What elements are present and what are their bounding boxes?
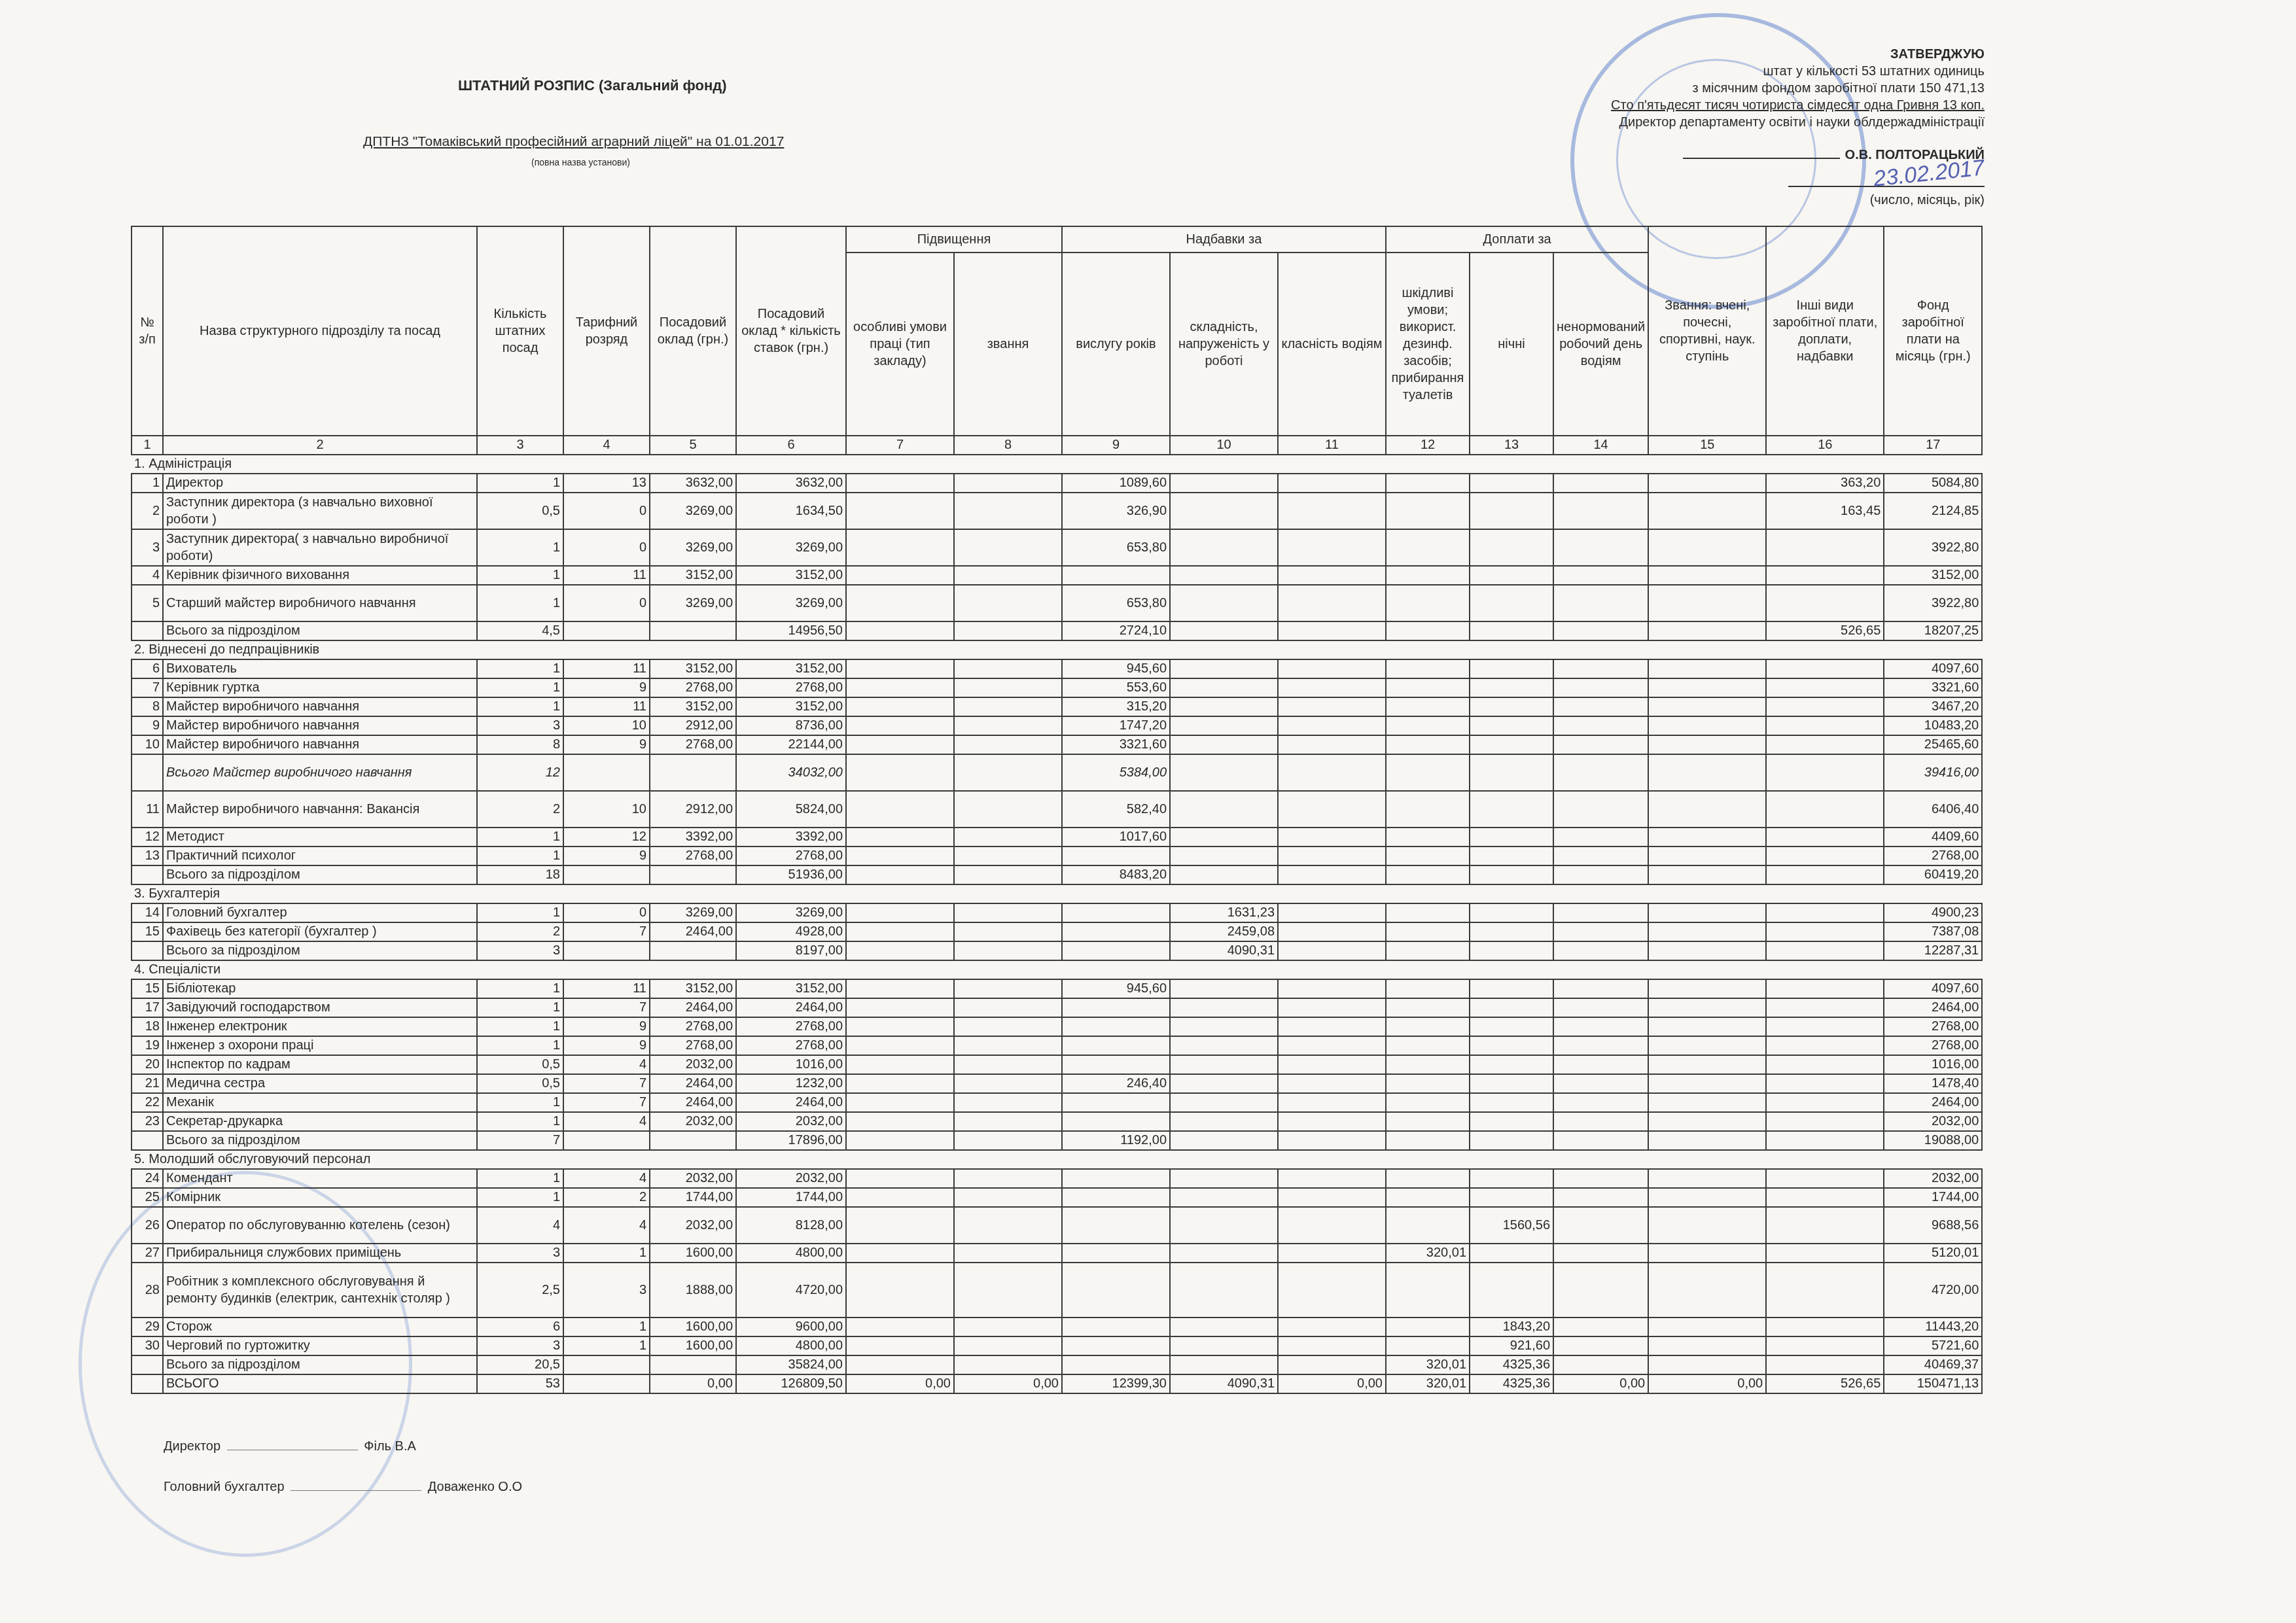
staff-count: 1 [477,1169,563,1188]
approval-date-caption: (число, місяць, рік) [1487,192,1985,209]
amount-c7 [846,529,954,566]
tariff-grade: 7 [563,1093,650,1112]
amount-c17: 2032,00 [1884,1112,1982,1131]
amount-c7 [846,828,954,846]
table-row: 9Майстер виробничого навчання3102912,008… [132,716,1982,735]
amount-c12 [1386,828,1470,846]
tariff-grade: 9 [563,1036,650,1055]
table-row: 19Інженер з охорони праці192768,002768,0… [132,1036,1982,1055]
amount-c11 [1278,621,1386,640]
amount-c12 [1386,1074,1470,1093]
row-number: 4 [132,566,163,585]
subtotal-row: Всього Майстер виробничого навчання12340… [132,754,1982,791]
amount-c9 [1062,1017,1170,1036]
amount-c8 [954,979,1062,998]
position-name: Секретар-друкарка [163,1112,477,1131]
table-row: 24Комендант142032,002032,002032,00 [132,1169,1982,1188]
tariff-grade: 7 [563,998,650,1017]
amount-c12 [1386,865,1470,884]
amount-c9: 1747,20 [1062,716,1170,735]
staff-count: 1 [477,585,563,621]
amount-c8 [954,1263,1062,1318]
approval-staff-count: штат у кількості 53 штатних одиниць [1487,63,1985,80]
column-number: 16 [1766,436,1884,455]
institution-name: ДПТНЗ "Томаківський професійний аграрний… [363,134,784,150]
amount-c7 [846,735,954,754]
amount-c14 [1553,474,1648,493]
salary-total: 5824,00 [736,791,846,828]
salary-total: 51936,00 [736,865,846,884]
amount-c16 [1766,791,1884,828]
staff-count: 1 [477,566,563,585]
salary-total: 2768,00 [736,678,846,697]
amount-c15 [1648,529,1766,566]
section-header-row: 2. Віднесені до педпрацівників [132,640,1982,659]
amount-c10 [1170,1263,1278,1318]
tariff-grade [563,865,650,884]
director-name: Філь В.А [364,1439,416,1454]
amount-c17: 40469,37 [1884,1355,1982,1374]
amount-c10 [1170,1207,1278,1244]
amount-c10: 4090,31 [1170,941,1278,960]
section-label: 2. Віднесені до педпрацівників [132,640,1982,659]
amount-c9: 315,20 [1062,697,1170,716]
amount-c14 [1553,1017,1648,1036]
amount-c17: 4900,23 [1884,903,1982,922]
amount-c9 [1062,922,1170,941]
amount-c16 [1766,1074,1884,1093]
amount-c13 [1470,903,1553,922]
salary: 1600,00 [650,1336,736,1355]
amount-c13 [1470,1093,1553,1112]
table-row: 28Робітник з комплексного обслуговування… [132,1263,1982,1318]
amount-c11 [1278,697,1386,716]
amount-c14 [1553,922,1648,941]
tariff-grade: 9 [563,846,650,865]
position-name: Методист [163,828,477,846]
salary: 3152,00 [650,979,736,998]
header-staff-count: Кількість штатних посад [477,226,563,436]
amount-c14 [1553,865,1648,884]
amount-c17: 9688,56 [1884,1207,1982,1244]
amount-c13: 921,60 [1470,1336,1553,1355]
amount-c13 [1470,566,1553,585]
position-name: Всього за підрозділом [163,941,477,960]
position-name: Прибиральниця службових приміщень [163,1244,477,1263]
amount-c16 [1766,1169,1884,1188]
staff-count: 1 [477,1036,563,1055]
amount-c15 [1648,493,1766,529]
amount-c7 [846,791,954,828]
amount-c14 [1553,1074,1648,1093]
amount-c17: 39416,00 [1884,754,1982,791]
staff-count: 1 [477,1112,563,1131]
section-label: 4. Спеціалісти [132,960,1982,979]
amount-c16 [1766,1318,1884,1336]
header-other-payments: Інші види заробітної плати, доплати, над… [1766,226,1884,436]
amount-c13 [1470,754,1553,791]
row-number: 7 [132,678,163,697]
row-number: 29 [132,1318,163,1336]
amount-c12 [1386,735,1470,754]
staff-count: 0,5 [477,1055,563,1074]
amount-c13 [1470,1188,1553,1207]
amount-c13 [1470,1131,1553,1150]
position-name: Інженер електроник [163,1017,477,1036]
row-number: 20 [132,1055,163,1074]
amount-c15 [1648,678,1766,697]
table-row: 17Завідуючий господарством172464,002464,… [132,998,1982,1017]
amount-c10 [1170,1169,1278,1188]
amount-c15 [1648,716,1766,735]
row-number: 10 [132,735,163,754]
amount-c12 [1386,979,1470,998]
staff-count: 2 [477,791,563,828]
tariff-grade: 9 [563,678,650,697]
amount-c11: 0,00 [1278,1374,1386,1393]
approval-date-handwritten: 23.02.2017 [1873,159,1985,188]
amount-c8 [954,1017,1062,1036]
amount-c10 [1170,1093,1278,1112]
column-number: 13 [1470,436,1553,455]
amount-c15 [1648,1093,1766,1112]
amount-c7 [846,1244,954,1263]
amount-c8 [954,659,1062,678]
row-number: 15 [132,922,163,941]
amount-c15 [1648,1207,1766,1244]
staff-count: 2 [477,922,563,941]
salary-total: 4928,00 [736,922,846,941]
salary: 3632,00 [650,474,736,493]
position-name: Майстер виробничого навчання [163,697,477,716]
salary-total: 3392,00 [736,828,846,846]
subtotal-row: Всього за підрозділом717896,001192,00190… [132,1131,1982,1150]
institution-caption: (повна назва установи) [531,157,630,167]
amount-c9 [1062,903,1170,922]
amount-c16 [1766,1263,1884,1318]
position-name: Механік [163,1093,477,1112]
position-name: Головний бухгалтер [163,903,477,922]
amount-c14 [1553,791,1648,828]
amount-c17: 4409,60 [1884,828,1982,846]
salary-total: 4800,00 [736,1244,846,1263]
salary: 3269,00 [650,585,736,621]
amount-c15 [1648,865,1766,884]
amount-c16 [1766,941,1884,960]
staff-count: 3 [477,941,563,960]
salary-total: 2464,00 [736,1093,846,1112]
amount-c12 [1386,1336,1470,1355]
position-name: Комендант [163,1169,477,1188]
amount-c11 [1278,846,1386,865]
tariff-grade: 9 [563,735,650,754]
amount-c12 [1386,1188,1470,1207]
amount-c14 [1553,697,1648,716]
table-row: 13Практичний психолог192768,002768,00276… [132,846,1982,865]
amount-c16 [1766,979,1884,998]
salary-total: 2464,00 [736,998,846,1017]
table-row: 15Бібліотекар1113152,003152,00945,604097… [132,979,1982,998]
amount-c12 [1386,1017,1470,1036]
amount-c11 [1278,1244,1386,1263]
amount-c16 [1766,585,1884,621]
amount-c7 [846,474,954,493]
tariff-grade: 0 [563,585,650,621]
amount-c11 [1278,1263,1386,1318]
amount-c9: 653,80 [1062,529,1170,566]
position-name: Медична сестра [163,1074,477,1093]
amount-c13 [1470,716,1553,735]
approval-heading: ЗАТВЕРДЖУЮ [1487,46,1985,63]
amount-c12 [1386,621,1470,640]
salary [650,1355,736,1374]
amount-c11 [1278,791,1386,828]
staff-count: 1 [477,529,563,566]
salary: 2032,00 [650,1112,736,1131]
position-name: Черговий по гуртожитку [163,1336,477,1355]
amount-c13 [1470,846,1553,865]
amount-c13 [1470,941,1553,960]
row-number: 13 [132,846,163,865]
amount-c14 [1553,659,1648,678]
amount-c11 [1278,754,1386,791]
section-label: 3. Бухгалтерія [132,884,1982,903]
accountant-signature [291,1490,421,1491]
amount-c9: 2724,10 [1062,621,1170,640]
amount-c13 [1470,1074,1553,1093]
amount-c12 [1386,678,1470,697]
amount-c8 [954,529,1062,566]
row-number: 1 [132,474,163,493]
amount-c15 [1648,585,1766,621]
tariff-grade: 0 [563,493,650,529]
amount-c11 [1278,716,1386,735]
amount-c9 [1062,941,1170,960]
amount-c15 [1648,828,1766,846]
amount-c16 [1766,697,1884,716]
amount-c8 [954,1318,1062,1336]
row-number [132,1374,163,1393]
amount-c11 [1278,1336,1386,1355]
column-number: 11 [1278,436,1386,455]
amount-c7 [846,1188,954,1207]
salary-total: 1016,00 [736,1055,846,1074]
amount-c16 [1766,1131,1884,1150]
row-number: 26 [132,1207,163,1244]
section-header-row: 3. Бухгалтерія [132,884,1982,903]
tariff-grade [563,1131,650,1150]
amount-c9 [1062,1112,1170,1131]
amount-c10 [1170,529,1278,566]
column-number: 12 [1386,436,1470,455]
amount-c9 [1062,1244,1170,1263]
column-number: 9 [1062,436,1170,455]
amount-c16 [1766,566,1884,585]
row-number: 18 [132,1017,163,1036]
amount-c15 [1648,846,1766,865]
amount-c9: 12399,30 [1062,1374,1170,1393]
staff-count: 1 [477,998,563,1017]
column-number: 10 [1170,436,1278,455]
amount-c13 [1470,922,1553,941]
amount-c13: 1843,20 [1470,1318,1553,1336]
amount-c13 [1470,585,1553,621]
amount-c11 [1278,1112,1386,1131]
amount-c12 [1386,922,1470,941]
amount-c16: 526,65 [1766,621,1884,640]
salary-total: 1232,00 [736,1074,846,1093]
amount-c14 [1553,1093,1648,1112]
amount-c7 [846,754,954,791]
amount-c10 [1170,678,1278,697]
amount-c14 [1553,941,1648,960]
approval-block: ЗАТВЕРДЖУЮ штат у кількості 53 штатних о… [1487,46,1985,209]
amount-c10 [1170,998,1278,1017]
staff-count: 7 [477,1131,563,1150]
header-group-surcharges: Доплати за [1386,226,1648,253]
amount-c13 [1470,1036,1553,1055]
amount-c17: 11443,20 [1884,1318,1982,1336]
column-number: 2 [163,436,477,455]
staff-count: 1 [477,1017,563,1036]
salary-total: 3152,00 [736,659,846,678]
salary-total: 4800,00 [736,1336,846,1355]
subtotal-row: Всього за підрозділом38197,004090,311228… [132,941,1982,960]
amount-c12 [1386,1131,1470,1150]
salary: 2032,00 [650,1169,736,1188]
amount-c11 [1278,903,1386,922]
salary-total: 3269,00 [736,585,846,621]
row-number: 6 [132,659,163,678]
director-signature-block: Директор Філь В.А [164,1439,416,1454]
amount-c17: 2768,00 [1884,1036,1982,1055]
table-row: 21Медична сестра0,572464,001232,00246,40… [132,1074,1982,1093]
amount-c13 [1470,1055,1553,1074]
amount-c15 [1648,1017,1766,1036]
amount-c12: 320,01 [1386,1374,1470,1393]
amount-c9 [1062,566,1170,585]
amount-c16 [1766,828,1884,846]
table-row: 3Заступник директора( з навчально виробн… [132,529,1982,566]
amount-c14 [1553,1207,1648,1244]
amount-c14 [1553,1244,1648,1263]
salary-total: 1634,50 [736,493,846,529]
director-label: Директор [164,1439,221,1454]
amount-c9: 1192,00 [1062,1131,1170,1150]
staff-count: 12 [477,754,563,791]
salary-total: 2032,00 [736,1169,846,1188]
amount-c12 [1386,1318,1470,1336]
section-header-row: 1. Адміністрація [132,455,1982,474]
salary-total: 126809,50 [736,1374,846,1393]
amount-c15 [1648,1036,1766,1055]
amount-c8 [954,1188,1062,1207]
amount-c13 [1470,1169,1553,1188]
tariff-grade: 7 [563,922,650,941]
salary: 2912,00 [650,716,736,735]
row-number: 19 [132,1036,163,1055]
amount-c11 [1278,865,1386,884]
header-irregular-hours: ненормований робочий день водіям [1553,253,1648,436]
accountant-name: Доваженко О.О [428,1480,522,1494]
staff-count: 3 [477,716,563,735]
amount-c9 [1062,1318,1170,1336]
amount-c16 [1766,1244,1884,1263]
amount-c10: 1631,23 [1170,903,1278,922]
table-row: 1Директор1133632,003632,001089,60363,205… [132,474,1982,493]
amount-c15 [1648,1263,1766,1318]
amount-c16 [1766,846,1884,865]
accountant-label: Головний бухгалтер [164,1480,285,1494]
salary-total: 3269,00 [736,903,846,922]
position-name: Сторож [163,1318,477,1336]
position-name: Інженер з охорони праці [163,1036,477,1055]
amount-c9 [1062,1169,1170,1188]
amount-c8: 0,00 [954,1374,1062,1393]
amount-c8 [954,621,1062,640]
amount-c11 [1278,1017,1386,1036]
header-group-bonuses: Надбавки за [1062,226,1386,253]
position-name: Майстер виробничого навчання [163,716,477,735]
amount-c8 [954,865,1062,884]
amount-c8 [954,846,1062,865]
amount-c10 [1170,493,1278,529]
salary-total: 14956,50 [736,621,846,640]
approval-signature-line: О.В. ПОЛТОРАЦЬКИЙ [1487,147,1985,164]
salary [650,941,736,960]
row-number [132,1355,163,1374]
amount-c17: 5721,60 [1884,1336,1982,1355]
amount-c17: 60419,20 [1884,865,1982,884]
subtotal-row: Всього за підрозділом20,535824,00320,014… [132,1355,1982,1374]
amount-c14 [1553,1336,1648,1355]
tariff-grade [563,1355,650,1374]
amount-c15 [1648,754,1766,791]
amount-c12 [1386,791,1470,828]
row-number: 14 [132,903,163,922]
tariff-grade [563,621,650,640]
section-label: 5. Молодший обслуговуючий персонал [132,1150,1982,1169]
amount-c9 [1062,1093,1170,1112]
amount-c13 [1470,1244,1553,1263]
salary-total: 4720,00 [736,1263,846,1318]
amount-c8 [954,493,1062,529]
amount-c10: 4090,31 [1170,1374,1278,1393]
amount-c14 [1553,998,1648,1017]
amount-c17: 3467,20 [1884,697,1982,716]
amount-c14: 0,00 [1553,1374,1648,1393]
amount-c7 [846,903,954,922]
salary-total: 8736,00 [736,716,846,735]
amount-c9 [1062,998,1170,1017]
amount-c14 [1553,1188,1648,1207]
amount-c9: 1089,60 [1062,474,1170,493]
row-number: 5 [132,585,163,621]
table-row: 18Інженер електроник192768,002768,002768… [132,1017,1982,1036]
approval-position: Директор департаменту освіти і науки обл… [1487,114,1985,131]
amount-c10 [1170,1074,1278,1093]
table-row: 20Інспектор по кадрам0,542032,001016,001… [132,1055,1982,1074]
amount-c12 [1386,1263,1470,1318]
amount-c12 [1386,474,1470,493]
amount-c8 [954,1112,1062,1131]
amount-c9: 945,60 [1062,659,1170,678]
amount-c15 [1648,1318,1766,1336]
amount-c11 [1278,941,1386,960]
amount-c17: 1744,00 [1884,1188,1982,1207]
amount-c10 [1170,1017,1278,1036]
amount-c10 [1170,1131,1278,1150]
